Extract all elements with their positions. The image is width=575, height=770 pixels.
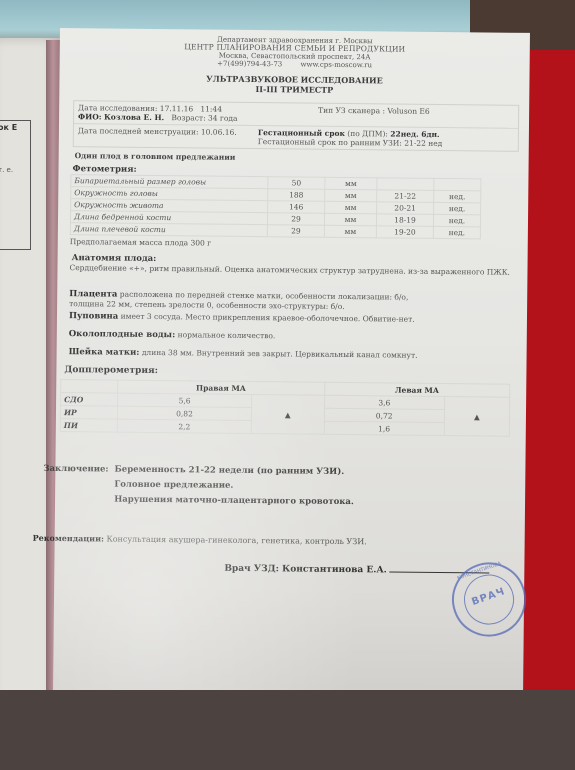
estimated-weight: Предполагаемая масса плода 300 г bbox=[70, 237, 514, 252]
conclusion: Заключение: Беременность 21-22 недели (п… bbox=[43, 462, 525, 512]
lmp: 10.06.16. bbox=[201, 127, 237, 136]
triangle-marker-icon: ▲ bbox=[444, 397, 509, 437]
fetometry-weeks-unit bbox=[434, 178, 481, 190]
fetometry-unit: мм bbox=[324, 225, 376, 238]
recommendations-text: Консультация акушера-гинеколога, генетик… bbox=[107, 535, 367, 547]
report-title: УЛЬТРАЗВУКОВОЕ ИССЛЕДОВАНИЕ II-III ТРИМЕ… bbox=[59, 72, 529, 97]
fetometry-weeks-unit: нед. bbox=[434, 190, 481, 202]
left-box-text: т. е. bbox=[0, 166, 13, 174]
left-page-box: ок Е т. е. bbox=[0, 120, 31, 250]
placenta-label: Плацента bbox=[69, 289, 117, 300]
fluid-section: Околоплодные воды: нормальное количество… bbox=[69, 329, 513, 344]
left-box-label: ок Е bbox=[0, 123, 17, 132]
placenta-text2: толщина 22 мм, степень зрелости 0, особе… bbox=[69, 299, 345, 311]
exam-date: 17.11.16 bbox=[160, 104, 193, 113]
recommendations: Рекомендации: Консультация акушера-гинек… bbox=[33, 533, 525, 548]
recommendations-label: Рекомендации: bbox=[33, 533, 104, 544]
fetometry-weeks-unit: нед. bbox=[433, 226, 480, 238]
doctor-label: Врач УЗД: bbox=[224, 564, 279, 575]
fetometry-weeks: 21-22 bbox=[377, 190, 434, 203]
fetometry-table: Бипариетальный размер головы50ммОкружнос… bbox=[70, 174, 482, 239]
doppler-left-value: 0,72 bbox=[324, 408, 445, 422]
cord-section: Пуповина имеет 3 сосуда. Место прикрепле… bbox=[69, 311, 513, 326]
gest-lmp-basis: (по ДПМ): bbox=[347, 129, 388, 138]
fetometry-weeks: 18-19 bbox=[376, 214, 433, 227]
cord-label: Пуповина bbox=[69, 311, 118, 322]
doppler-label: СДО bbox=[61, 393, 118, 407]
header: Департамент здравоохранения г. Москвы ЦЕ… bbox=[60, 34, 530, 71]
gestation-row: Дата последней менструации: 10.06.16. Ге… bbox=[74, 124, 518, 151]
patient-info: Дата исследования: 17.11.16 11:44 Тип УЗ… bbox=[73, 100, 519, 152]
fetometry-weeks-unit: нед. bbox=[433, 214, 480, 226]
scanner: Voluson E6 bbox=[387, 106, 429, 115]
fetometry-weeks: 19-20 bbox=[376, 226, 433, 239]
doppler-left-value: 3,6 bbox=[324, 395, 445, 409]
age-label: Возраст: bbox=[171, 113, 205, 122]
gest-early-us: Гестационный срок по ранним УЗИ: 21-22 н… bbox=[258, 137, 443, 148]
doppler-right-value: 2,2 bbox=[117, 419, 251, 433]
fetometry-weeks bbox=[377, 178, 434, 191]
fetometry-value: 50 bbox=[268, 177, 325, 190]
fetometry-unit: мм bbox=[325, 177, 377, 190]
website: www.cps-moscow.ru bbox=[300, 61, 372, 70]
fetometry-weeks: 20-21 bbox=[377, 202, 434, 215]
fluid-text: нормальное количество. bbox=[178, 330, 276, 340]
conclusion-line: Нарушения маточно-плацентарного кровоток… bbox=[114, 493, 354, 511]
patient-name: Козлова Е. Н. bbox=[104, 112, 164, 122]
fetometry-unit: мм bbox=[325, 201, 377, 214]
phone: +7(499)794-43-73 bbox=[217, 60, 282, 69]
triangle-marker-icon: ▲ bbox=[251, 395, 324, 435]
fluid-label: Околоплодные воды: bbox=[69, 329, 176, 340]
doppler-label: ИР bbox=[60, 406, 117, 420]
fetometry-weeks-unit: нед. bbox=[434, 202, 481, 214]
fetometry-value: 29 bbox=[267, 225, 324, 238]
conclusion-label: Заключение: bbox=[43, 462, 109, 508]
fetus-presentation: Один плод в головном предлежании bbox=[75, 151, 529, 165]
doppler-title: Допплерометрия: bbox=[64, 365, 526, 380]
fetometry-value: 146 bbox=[268, 201, 325, 214]
cord-text: имеет 3 сосуда. Место прикрепления краев… bbox=[121, 312, 415, 324]
doctor-name: Константинова Е.А. bbox=[282, 564, 387, 575]
cervix-text: длина 38 мм. Внутренний зев закрыт. Церв… bbox=[142, 348, 418, 360]
lmp-label: Дата последней менструации: bbox=[78, 126, 199, 136]
fetometry-value: 29 bbox=[267, 213, 324, 226]
fetometry-unit: мм bbox=[324, 213, 376, 226]
bottom-shadow bbox=[0, 690, 575, 770]
placenta-section: Плацента расположена по передней стенке … bbox=[69, 289, 513, 314]
age: 34 года bbox=[208, 114, 238, 123]
fetometry-unit: мм bbox=[325, 189, 377, 202]
cervix-label: Шейка матки: bbox=[69, 347, 140, 358]
cervix-section: Шейка матки: длина 38 мм. Внутренний зев… bbox=[69, 347, 513, 362]
report-page: Департамент здравоохранения г. Москвы ЦЕ… bbox=[52, 28, 530, 770]
fetometry-value: 188 bbox=[268, 189, 325, 202]
doppler-left-value: 1,6 bbox=[324, 421, 445, 435]
fetometry-name: Длина плечевой кости bbox=[70, 223, 267, 237]
exam-time: 11:44 bbox=[200, 104, 222, 113]
doppler-label: ПИ bbox=[60, 419, 117, 433]
name-label: ФИО: bbox=[78, 112, 102, 121]
doppler-table: Правая МА Левая МА СДО 5,6 ▲ 3,6 ▲ ИР 0,… bbox=[60, 379, 511, 437]
